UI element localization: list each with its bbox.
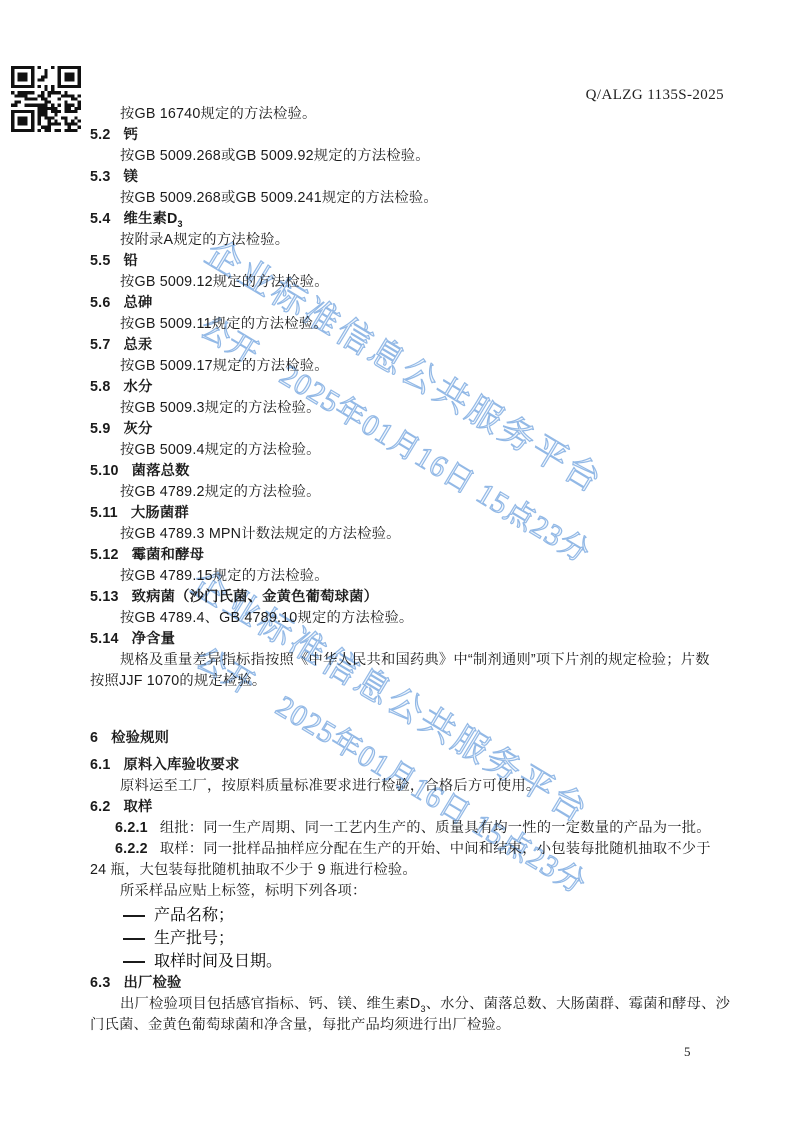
- clause-heading-5.11: 5.11大肠菌群: [90, 503, 740, 524]
- dash-list-item: 生产批号；: [90, 927, 740, 950]
- clause-title: 原料入库验收要求: [123, 757, 239, 773]
- clause-title: 钙: [123, 127, 138, 143]
- clause-heading-5.10: 5.10菌落总数: [90, 461, 740, 482]
- body-text: 按GB 5009.11规定的方法检验。: [90, 314, 740, 335]
- body-text: 按GB 5009.268或GB 5009.241规定的方法检验。: [90, 188, 740, 209]
- body-text: 所采样品应贴上标签，标明下列各项：: [90, 881, 740, 902]
- clause-title: 取样: [123, 799, 152, 815]
- clause-title: 灰分: [123, 421, 152, 437]
- clause-heading-5.3: 5.3镁: [90, 167, 740, 188]
- clause-number: 5.7: [90, 335, 110, 356]
- body-text: 按GB 4789.3 MPN计数法规定的方法检验。: [90, 524, 740, 545]
- doc-number: Q/ALZG 1135S-2025: [586, 87, 724, 104]
- clause-title: 出厂检验: [123, 975, 181, 991]
- clause-title: 铅: [123, 253, 138, 269]
- clause-number: 6.2.2: [115, 839, 148, 860]
- body-text: 按GB 5009.268或GB 5009.92规定的方法检验。: [90, 146, 740, 167]
- document-page: Q/ALZG 1135S-2025 企业标准信息公共服务平台 公开 2025年0…: [0, 0, 794, 1123]
- clause-title: 镁: [123, 169, 138, 185]
- clause-title: 维生素D3: [123, 211, 182, 227]
- clause-title: 致病菌（沙门氏菌、金黄色葡萄球菌）: [132, 589, 378, 605]
- qr-code-icon: [11, 66, 81, 132]
- body-text: 按GB 5009.17规定的方法检验。: [90, 356, 740, 377]
- body-text: 按GB 16740规定的方法检验。: [90, 104, 740, 125]
- clause-heading-5.13: 5.13致病菌（沙门氏菌、金黄色葡萄球菌）: [90, 587, 740, 608]
- clause-number: 5.3: [90, 167, 110, 188]
- clause-number: 5.6: [90, 293, 110, 314]
- clause-heading-6.2: 6.2取样: [90, 797, 740, 818]
- body-text: 按GB 5009.12规定的方法检验。: [90, 272, 740, 293]
- body-text: 按GB 5009.3规定的方法检验。: [90, 398, 740, 419]
- page-number: 5: [684, 1044, 691, 1060]
- text-run: 出厂检验项目包括感官指标、钙、镁、维生素D: [120, 996, 420, 1012]
- dash-list-item: 取样时间及日期。: [90, 950, 740, 973]
- em-dash-bullet: [123, 961, 145, 963]
- clause-heading-5.12: 5.12霉菌和酵母: [90, 545, 740, 566]
- clause-number: 5.2: [90, 125, 110, 146]
- clause-heading-5.5: 5.5铅: [90, 251, 740, 272]
- body-text: 出厂检验项目包括感官指标、钙、镁、维生素D3、水分、菌落总数、大肠菌群、霉菌和酵…: [90, 994, 740, 1015]
- clause-heading-5.9: 5.9灰分: [90, 419, 740, 440]
- clause-title: 菌落总数: [132, 463, 190, 479]
- clause-title: 总汞: [123, 337, 152, 353]
- body-text: 按附录A规定的方法检验。: [90, 230, 740, 251]
- body-text: 原料运至工厂，按原料质量标准要求进行检验，合格后方可使用。: [90, 776, 740, 797]
- clause-heading-5.8: 5.8水分: [90, 377, 740, 398]
- clause-heading-6: 6检验规则: [90, 728, 740, 749]
- clause-line-6.2.1: 6.2.1组批：同一生产周期、同一工艺内生产的、质量具有均一性的一定数量的产品为…: [90, 818, 740, 839]
- body-text: 规格及重量差异指标指按照《中华人民共和国药典》中“制剂通则”项下片剂的规定检验；…: [90, 650, 740, 671]
- clause-line-6.2.2: 6.2.2取样：同一批样品抽样应分配在生产的开始、中间和结束，小包装每批随机抽取…: [90, 839, 740, 860]
- text-run: 、水分、菌落总数、大肠菌群、霉菌和酵母、沙: [426, 996, 730, 1012]
- clause-number: 5.11: [90, 503, 118, 524]
- body-text: 按GB 5009.4规定的方法检验。: [90, 440, 740, 461]
- clause-number: 6.1: [90, 755, 110, 776]
- document-body: 按GB 16740规定的方法检验。5.2钙按GB 5009.268或GB 500…: [90, 104, 740, 1036]
- clause-heading-5.2: 5.2钙: [90, 125, 740, 146]
- clause-heading-6.1: 6.1原料入库验收要求: [90, 755, 740, 776]
- body-text: 按GB 4789.15规定的方法检验。: [90, 566, 740, 587]
- em-dash-bullet: [123, 915, 145, 917]
- clause-number: 6.2.1: [115, 818, 148, 839]
- clause-number: 5.12: [90, 545, 119, 566]
- body-text: 门氏菌、金黄色葡萄球菌和净含量，每批产品均须进行出厂检验。: [90, 1015, 740, 1036]
- clause-title: 水分: [123, 379, 152, 395]
- clause-number: 5.13: [90, 587, 119, 608]
- clause-title: 大肠菌群: [131, 505, 189, 521]
- clause-title: 总砷: [123, 295, 152, 311]
- clause-number: 6.2: [90, 797, 110, 818]
- clause-heading-6.3: 6.3出厂检验: [90, 973, 740, 994]
- clause-number: 5.4: [90, 209, 110, 230]
- clause-heading-5.6: 5.6总砷: [90, 293, 740, 314]
- subscript-text: 3: [178, 219, 183, 229]
- clause-heading-5.4: 5.4维生素D3: [90, 209, 740, 230]
- dash-item-text: 取样时间及日期。: [154, 950, 282, 973]
- clause-number: 5.9: [90, 419, 110, 440]
- body-text: 按GB 4789.2规定的方法检验。: [90, 482, 740, 503]
- clause-heading-5.14: 5.14净含量: [90, 629, 740, 650]
- clause-heading-5.7: 5.7总汞: [90, 335, 740, 356]
- dash-item-text: 生产批号；: [154, 927, 234, 950]
- clause-number: 5.14: [90, 629, 119, 650]
- body-text: 按GB 4789.4、GB 4789.10规定的方法检验。: [90, 608, 740, 629]
- clause-number: 5.5: [90, 251, 110, 272]
- body-text: 24 瓶，大包装每批随机抽取不少于 9 瓶进行检验。: [90, 860, 740, 881]
- dash-list-item: 产品名称；: [90, 904, 740, 927]
- clause-title: 检验规则: [111, 730, 169, 746]
- clause-title: 霉菌和酵母: [132, 547, 204, 563]
- clause-number: 6.3: [90, 973, 110, 994]
- body-text: 按照JJF 1070的规定检验。: [90, 671, 740, 692]
- clause-number: 5.10: [90, 461, 119, 482]
- clause-number: 5.8: [90, 377, 110, 398]
- text-run: 维生素D: [123, 211, 177, 227]
- em-dash-bullet: [123, 938, 145, 940]
- clause-title: 净含量: [132, 631, 176, 647]
- clause-number: 6: [90, 728, 98, 749]
- dash-item-text: 产品名称；: [154, 904, 234, 927]
